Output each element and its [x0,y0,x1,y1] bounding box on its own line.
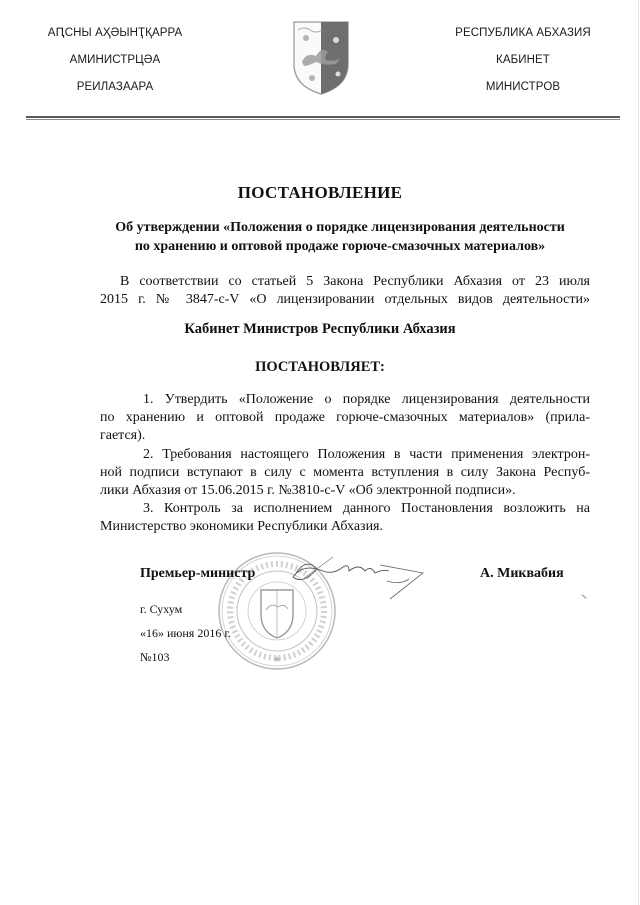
item-1-line-2: по хранению и оптовой продаже горюче-сма… [100,409,590,427]
document-number: №103 [140,650,169,665]
subject-line-1: Об утверждении «Положения о порядке лице… [100,218,580,237]
scan-mark [581,594,586,599]
signatory-role: Премьер-министр [140,566,255,582]
preamble-line-1: В соответствии со статьей 5 Закона Респу… [100,273,590,291]
item-3-line-1: 3. Контроль за исполнением данного Поста… [100,500,590,518]
issue-city: г. Сухум [140,602,182,617]
preamble-line-2: 2015 г. № 3847-с-V «О лицензировании отд… [100,291,590,309]
header-right-line-3: МИНИСТРОВ [448,80,598,107]
subject-line-2: по хранению и оптовой продаже горюче-сма… [100,237,580,256]
document-title: ПОСТАНОВЛЕНИЕ [0,183,640,203]
document-subject: Об утверждении «Положения о порядке лице… [100,218,580,256]
header-divider-thin [26,119,620,120]
header-left-line-3: РЕИЛАЗААРА [40,80,190,107]
handwritten-signature-icon [275,555,440,605]
header-right-line-1: РЕСПУБЛИКА АБХАЗИЯ [448,26,598,53]
item-2-line-1: 2. Требования настоящего Положения в час… [100,446,590,464]
coat-of-arms-icon [290,18,352,96]
signatory-name: А. Миквабия [480,566,564,582]
decides-heading: ПОСТАНОВЛЯЕТ: [0,359,640,376]
header-left-line-1: АԤСНЫ АҲӘЫНҬҚАРРА [40,26,190,53]
item-3-line-2: Министерство экономики Республики Абхази… [100,518,590,536]
issue-date: «16» июня 2016 г. [140,626,231,641]
item-2-line-2: ной подписи вступают в силу с момента вс… [100,464,590,482]
header-divider-thick [26,116,620,118]
page-edge [638,0,639,905]
header-right-line-2: КАБИНЕТ [448,53,598,80]
issuer-heading: Кабинет Министров Республики Абхазия [0,321,640,338]
svg-text:★: ★ [273,655,281,665]
item-1-line-3: гается). [100,427,590,445]
item-1-line-1: 1. Утвердить «Положение о порядке лиценз… [100,391,590,409]
item-2-line-3: лики Абхазия от 15.06.2015 г. №3810-с-V … [100,482,590,500]
header-left-line-2: АМИНИСТРЦӘА [40,53,190,80]
